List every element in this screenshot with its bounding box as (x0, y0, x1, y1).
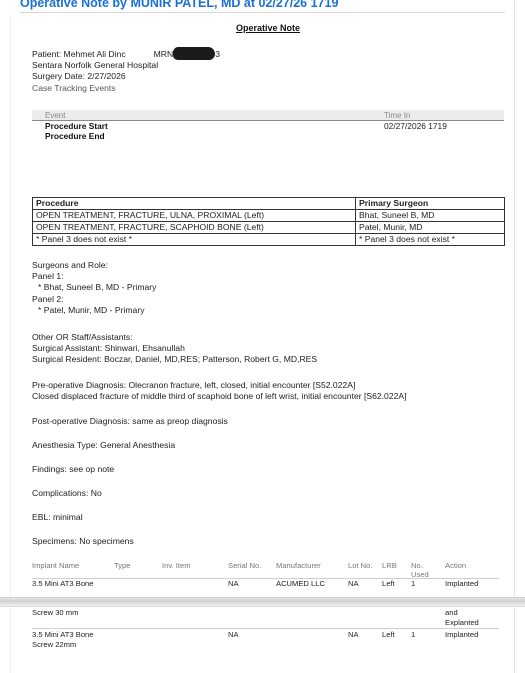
table-row: 3.5 Mini AT3 Bone NA ACUMED LLC NA Left … (32, 579, 499, 590)
implants-header-row: Implant Name Type Inv. Item Serial No. M… (32, 559, 499, 579)
implant-action-line-2: and (445, 608, 458, 617)
surgery-date: Surgery Date: 2/27/2026 (32, 71, 292, 82)
mrn-label: MRN (154, 49, 174, 59)
panel-1-label: Panel 1: (32, 271, 507, 282)
primary-surgeon: Patel, Munir, MD (356, 222, 505, 234)
case-tracking-label: Case Tracking Events (32, 83, 292, 94)
page-break-divider (0, 597, 525, 607)
preop-diagnosis-line-1: Pre-operative Diagnosis: Olecranon fract… (32, 380, 507, 391)
implant-name: 3.5 Mini AT3 BoneScrew 22mm (32, 630, 94, 650)
surgeons-section: Surgeons and Role: Panel 1: * Bhat, Sune… (32, 260, 507, 316)
staff-label: Other OR Staff/Assistants: (32, 332, 507, 343)
table-row: * Panel 3 does not exist * * Panel 3 doe… (33, 234, 505, 246)
case-tracking-events-table: Event Time In Procedure Start 02/27/2026… (32, 110, 504, 141)
procedures-header-row: Procedure Primary Surgeon (33, 198, 505, 210)
implant-name-continued: Screw 30 mm (32, 608, 78, 618)
implant-manufacturer: ACUMED LLC (276, 579, 325, 589)
table-row: OPEN TREATMENT, FRACTURE, ULNA, PROXIMAL… (33, 210, 505, 222)
implant-name: 3.5 Mini AT3 Bone (32, 579, 94, 589)
panel-2-label: Panel 2: (32, 294, 507, 305)
implant-name-line-2: Screw 22mm (32, 640, 76, 649)
table-row: 3.5 Mini AT3 BoneScrew 22mm NA NA Left 1… (32, 629, 499, 653)
mrn-suffix: 3 (215, 49, 220, 59)
implants-table-continued: Screw 30 mm andExplanted 3.5 Mini AT3 Bo… (32, 607, 499, 653)
patient-row: Patient: Mehmet Ali DincMRN3 (32, 47, 292, 60)
events-header-row: Event Time In (32, 110, 504, 121)
document-heading: Operative Note (236, 23, 300, 34)
primary-surgeon: * Panel 3 does not exist * (356, 234, 505, 246)
implant-lot: NA (348, 630, 359, 640)
implants-col-used-line-1: No. (411, 561, 423, 570)
surgeons-label: Surgeons and Role: (32, 260, 507, 271)
event-name: Procedure End (45, 131, 105, 142)
implants-col-lot: Lot No. (348, 561, 372, 570)
procedure-name: * Panel 3 does not exist * (33, 234, 356, 246)
patient-name: Patient: Mehmet Ali Dinc (32, 49, 126, 59)
complications: Complications: No (32, 488, 507, 499)
implants-col-lrb: LRB (382, 561, 397, 570)
implant-name-line-1: 3.5 Mini AT3 Bone (32, 630, 94, 639)
note-title[interactable]: Operative Note by MUNIR PATEL, MD at 02/… (20, 0, 505, 13)
implant-lot: NA (348, 579, 359, 589)
staff-section: Other OR Staff/Assistants: Surgical Assi… (32, 332, 507, 366)
findings: Findings: see op note (32, 464, 507, 475)
page-right-edge (514, 0, 515, 673)
patient-header: Patient: Mehmet Ali DincMRN3 Sentara Nor… (32, 47, 292, 94)
surgical-resident: Surgical Resident: Boczar, Daniel, MD,RE… (32, 354, 507, 365)
table-row: OPEN TREATMENT, FRACTURE, SCAPHOID BONE … (33, 222, 505, 234)
panel-1-surgeon: * Bhat, Suneel B, MD - Primary (32, 282, 507, 293)
table-row: Screw 30 mm andExplanted (32, 607, 499, 629)
implant-serial: NA (228, 579, 239, 589)
implant-action-continued: andExplanted (445, 608, 479, 628)
events-col-event: Event (45, 110, 65, 121)
implant-used: 1 (411, 579, 415, 589)
implant-action: Implanted (445, 630, 478, 640)
implant-used: 1 (411, 630, 415, 640)
implants-col-serial: Serial No. (228, 561, 261, 570)
implants-col-used-line-2: Used (411, 570, 429, 579)
event-row: Procedure Start 02/27/2026 1719 (32, 121, 504, 131)
specimens: Specimens: No specimens (32, 536, 507, 547)
implants-col-name: Implant Name (32, 561, 79, 570)
implant-serial: NA (228, 630, 239, 640)
mrn-redaction (173, 47, 215, 60)
procedures-col-procedure: Procedure (33, 198, 356, 210)
implant-lrb: Left (382, 579, 395, 589)
implant-lrb: Left (382, 630, 395, 640)
page-left-edge (10, 14, 11, 673)
primary-surgeon: Bhat, Suneel B, MD (356, 210, 505, 222)
implants-table: Implant Name Type Inv. Item Serial No. M… (32, 559, 499, 590)
postop-diagnosis: Post-operative Diagnosis: same as preop … (32, 416, 507, 427)
implant-action: Implanted (445, 579, 478, 589)
implants-col-action: Action (445, 561, 466, 570)
procedure-name: OPEN TREATMENT, FRACTURE, SCAPHOID BONE … (33, 222, 356, 234)
implants-col-inv-item: Inv. Item (162, 561, 191, 570)
implants-col-used: No.Used (411, 561, 429, 579)
ebl: EBL: minimal (32, 512, 507, 523)
event-row: Procedure End (32, 131, 504, 141)
panel-2-surgeon: * Patel, Munir, MD - Primary (32, 305, 507, 316)
procedure-name: OPEN TREATMENT, FRACTURE, ULNA, PROXIMAL… (33, 210, 356, 222)
preop-diagnosis-line-2: Closed displaced fracture of middle thir… (32, 391, 507, 402)
implants-col-type: Type (114, 561, 130, 570)
anesthesia-type: Anesthesia Type: General Anesthesia (32, 440, 507, 451)
events-col-time-in: Time In (384, 110, 410, 121)
surgical-assistant: Surgical Assistant: Shinwari, Ehsanullah (32, 343, 507, 354)
procedures-col-surgeon: Primary Surgeon (356, 198, 505, 210)
implant-action-line-3: Explanted (445, 618, 479, 627)
implants-col-manufacturer: Manufacturer (276, 561, 321, 570)
preop-diagnosis: Pre-operative Diagnosis: Olecranon fract… (32, 380, 507, 402)
hospital-name: Sentara Norfolk General Hospital (32, 60, 292, 71)
procedures-table: Procedure Primary Surgeon OPEN TREATMENT… (32, 197, 505, 246)
